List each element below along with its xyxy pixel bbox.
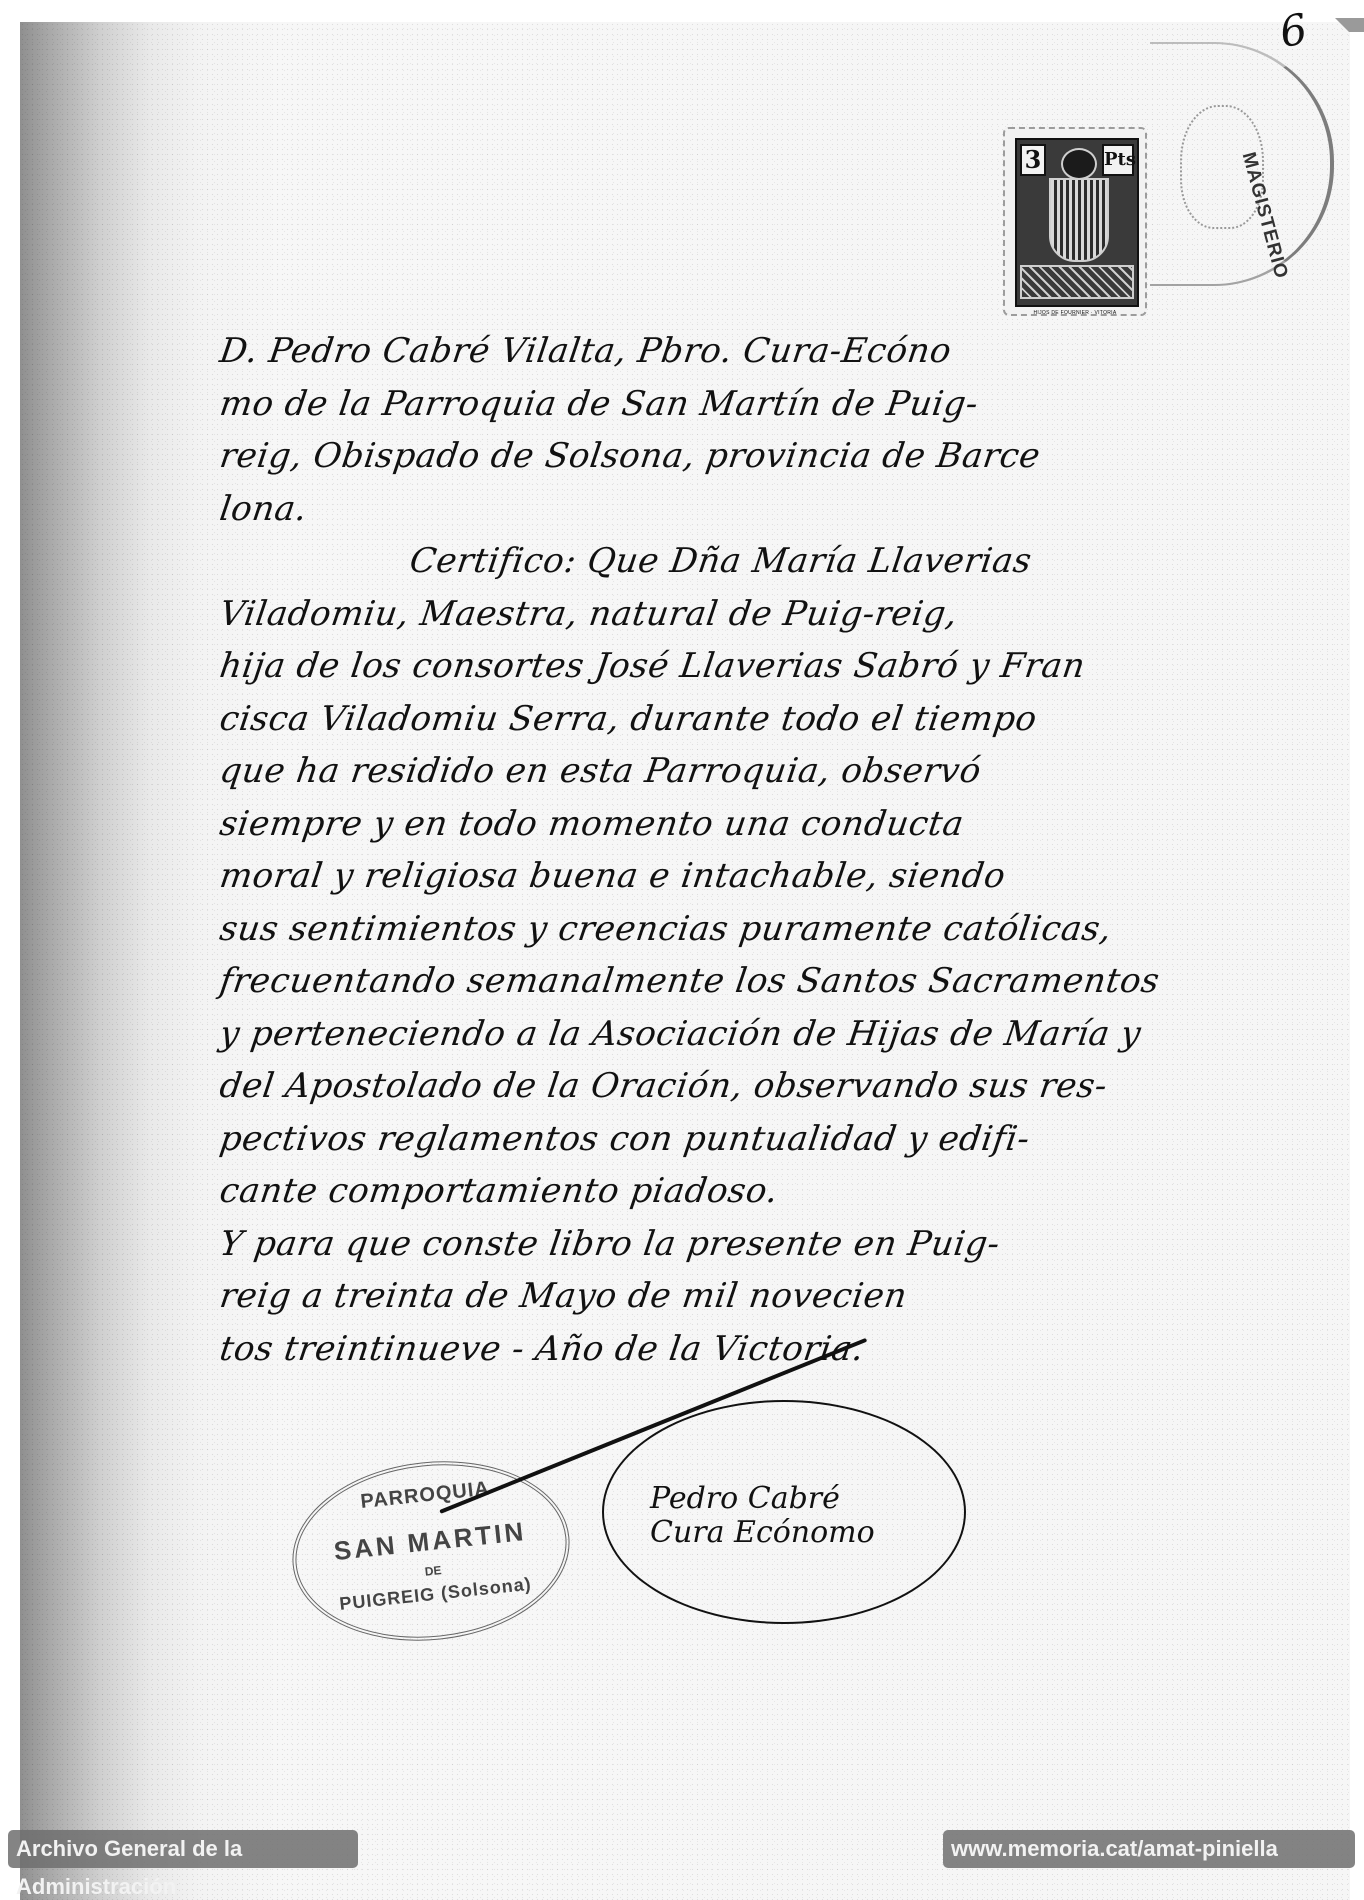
signature-text: Pedro Cabré Cura Ecónomo xyxy=(650,1482,875,1550)
manuscript-line: reig a treinta de Mayo de mil novecien xyxy=(216,1270,1343,1323)
manuscript-line: frecuentando semanalmente los Santos Sac… xyxy=(216,955,1343,1008)
coat-of-arms-icon xyxy=(1049,178,1109,262)
manuscript-line: reig, Obispado de Solsona, provincia de … xyxy=(216,430,1343,483)
manuscript-line: Viladomiu, Maestra, natural de Puig-reig… xyxy=(216,588,1343,641)
manuscript-line: cante comportamiento piadoso. xyxy=(216,1165,1343,1218)
manuscript-line: cisca Viladomiu Serra, durante todo el t… xyxy=(216,693,1343,746)
stamp-value: 3 xyxy=(1020,144,1046,176)
archive-label: Archivo General de la Administración xyxy=(8,1830,358,1868)
stamp-ornament xyxy=(1020,265,1134,299)
manuscript-line: del Apostolado de la Oración, observando… xyxy=(216,1060,1343,1113)
manuscript-line: D. Pedro Cabré Vilalta, Pbro. Cura-Ecóno xyxy=(216,325,1343,378)
manuscript-line: y perteneciendo a la Asociación de Hijas… xyxy=(216,1008,1343,1061)
fiscal-stamp: 3 Pts HIJOS DE FOURNIER · VITORIA xyxy=(1003,127,1147,316)
stamp-printer: HIJOS DE FOURNIER · VITORIA xyxy=(1005,310,1145,316)
crown-icon xyxy=(1061,148,1097,180)
manuscript-line: siempre y en todo momento una conducta xyxy=(216,798,1343,851)
manuscript-line: moral y religiosa buena e intachable, si… xyxy=(216,850,1343,903)
signature: Pedro Cabré Cura Ecónomo xyxy=(590,1390,1010,1630)
stamp-design: 3 Pts xyxy=(1015,138,1139,307)
manuscript-line: hija de los consortes José Llaverias Sab… xyxy=(216,640,1343,693)
source-url-label[interactable]: www.memoria.cat/amat-piniella xyxy=(943,1830,1355,1868)
manuscript-line: Y para que conste libro la presente en P… xyxy=(216,1218,1343,1271)
manuscript-line: mo de la Parroquia de San Martín de Puig… xyxy=(216,378,1343,431)
handwritten-certificate: D. Pedro Cabré Vilalta, Pbro. Cura-Ecóno… xyxy=(220,325,1340,1375)
signature-title: Cura Ecónomo xyxy=(650,1516,875,1550)
manuscript-line: pectivos reglamentos con puntualidad y e… xyxy=(216,1113,1343,1166)
stamp-currency: Pts xyxy=(1102,144,1134,176)
signature-name: Pedro Cabré xyxy=(650,1482,875,1516)
manuscript-line: tos treintinueve - Año de la Victoria. xyxy=(216,1323,1343,1376)
manuscript-line: lona. xyxy=(216,483,1343,536)
page-corner-fold xyxy=(1335,18,1364,62)
manuscript-line: Certifico: Que Dña María Llaverias xyxy=(216,535,1343,588)
manuscript-line: sus sentimientos y creencias puramente c… xyxy=(216,903,1343,956)
manuscript-line: que ha residido en esta Parroquia, obser… xyxy=(216,745,1343,798)
